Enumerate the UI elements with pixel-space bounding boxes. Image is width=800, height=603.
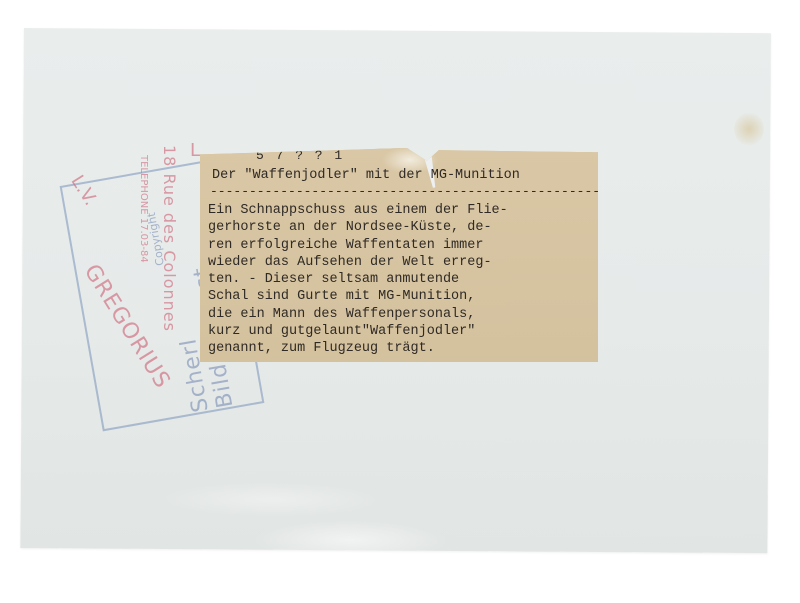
photographer-stamp: L 18 Rue des Colonnes TELEPHONE 17.03-84… (60, 140, 210, 410)
photographer-stamp-letter: L (190, 140, 200, 161)
label-title: Der "Waffenjodler" mit der MG-Munition (212, 168, 520, 183)
label-body: Ein Schnappschuss aus einem der Flie-ger… (208, 202, 508, 358)
label-body-line: ren erfolgreiche Waffentaten immer (208, 237, 508, 254)
photographer-stamp-initials: L.V. (66, 172, 100, 210)
typed-caption-label: 5 7 ? ? 1 Der "Waffenjodler" mit der MG-… (200, 148, 598, 362)
photographer-stamp-phone: TELEPHONE 17.03-84 (138, 155, 149, 263)
photographer-stamp-address: 18 Rue des Colonnes (160, 145, 179, 332)
label-body-line: ten. - Dieser seltsam anmutende (208, 271, 508, 288)
label-body-line: wieder das Aufsehen der Welt erreg- (208, 254, 508, 271)
paper-stain (734, 112, 764, 146)
label-body-line: Ein Schnappschuss aus einem der Flie- (208, 202, 508, 219)
label-body-line: genannt, zum Flugzeug trägt. (208, 340, 508, 357)
label-body-line: Schal sind Gurte mit MG-Munition, (208, 288, 508, 305)
label-body-line: kurz und gutgelaunt"Waffenjodler" (208, 323, 508, 340)
label-body-line: gerhorste an der Nordsee-Küste, de- (208, 219, 508, 236)
label-body-line: die ein Mann des Waffenpersonals, (208, 306, 508, 323)
label-dashed-rule: ----------------------------------------… (210, 184, 598, 199)
